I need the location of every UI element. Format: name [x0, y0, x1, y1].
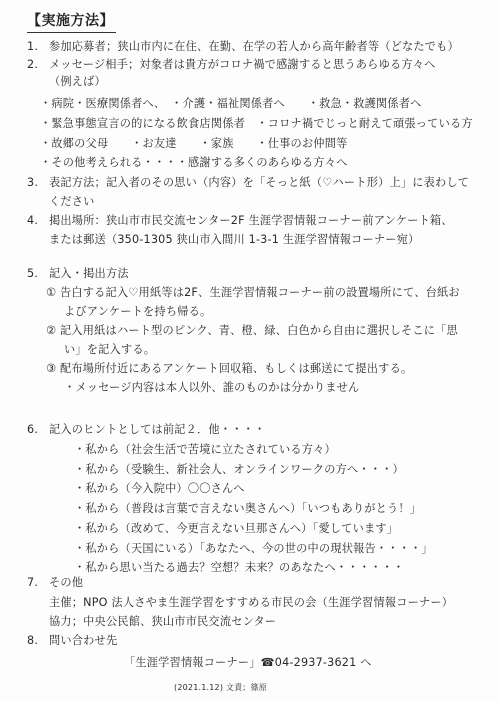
section-1: 1.参加応募者；狭山市内に在住、在勤、在学の若人から高年齢者等（どなたでも） — [27, 40, 459, 54]
list-item: ・私から（社会生活で苦境に立たされている方々） — [74, 443, 336, 457]
section-5: 5.記入・掲出方法 — [27, 267, 129, 281]
cooperation: 協力；中央公民館、狭山市市民交流センター — [49, 615, 276, 629]
section-5-item-3-note: ・メッセージ内容は本人以外、誰のものかは分かりません — [64, 381, 359, 395]
section-6: 6.記入のヒントとしては前記２．他・・・・ — [27, 423, 265, 437]
list-item: ・病院・医療関係者へ、 ・介護・福祉関係者へ ・救急・救護関係者へ — [40, 97, 422, 111]
list-item: ・私から思い当たる過去？空想？未来？のあなたへ・・・・・・ — [74, 561, 404, 575]
section-3-cont: ください — [49, 195, 95, 209]
footer-note: (2021.1.12) 文責；篠原 — [174, 681, 267, 695]
section-8: 8.問い合わせ先 — [27, 634, 117, 648]
list-item: ・私から（天国にいる）「あなたへ、今の世の中の現状報告・・・・」 — [74, 542, 433, 556]
list-item: ・その他考えられる・・・・感謝する多くのあらゆる方々へ — [40, 156, 347, 170]
section-2: 2.メッセージ相手；対象者は貴方がコロナ禍で感謝すると思うあらゆる方々へ — [27, 58, 436, 72]
section-3: 3.表記方法；記入者のその思い（内容）を「そっと紙（♡ハート形）上」に表わして — [27, 176, 469, 190]
section-2-sub: （例えば） — [49, 75, 106, 89]
section-5-item-1: ① 告白する記入♡用紙等は2F、生涯学習情報コーナー前の設置場所にて、台紙お — [46, 286, 460, 300]
list-item: ・私から（改めて、今更言えない旦那さんへ）「愛しています」 — [74, 522, 398, 536]
section-5-item-1-cont: よびアンケートを持ち帰る。 — [64, 305, 211, 319]
list-item: ・緊急事態宣言の的になる飲食店関係者 ・コロナ禍でじっと耐えて頑張っている方 — [40, 117, 473, 131]
organizer: 主催；NPO 法人さやま生涯学習をすすめる市民の会（生涯学習情報コーナー） — [49, 596, 453, 610]
section-5-item-2-cont: い」を記入する。 — [64, 343, 155, 357]
page-title: 【実施方法】 — [27, 10, 116, 33]
document-page: 【実施方法】 1.参加応募者；狭山市内に在住、在勤、在学の若人から高年齢者等（ど… — [0, 0, 500, 702]
list-item: ・私から（受験生、新社会人、オンラインワークの方へ・・・） — [74, 463, 404, 477]
list-item: ・私から（今入院中）〇〇さんへ — [74, 482, 245, 496]
section-5-item-3: ③ 配布場所付近にあるアンケート回収箱、もしくは郵送にて提出する。 — [46, 362, 412, 376]
section-5-item-2: ② 記入用紙はハート型のピンク、青、橙、緑、白色から自由に選択しそこに「思 — [46, 324, 458, 338]
section-7: 7.その他 — [27, 576, 83, 590]
section-4-cont: または郵送（350-1305 狭山市入間川 1-3-1 生涯学習情報コーナー宛） — [49, 233, 419, 247]
list-item: ・私から（普段は言葉で言えない奥さんへ）「いつもありがとう！」 — [74, 502, 421, 516]
section-4: 4.掲出場所：狭山市市民交流センター2F 生涯学習情報コーナー前アンケート箱、 — [27, 214, 453, 228]
list-item: ・故郷の父母 ・お友達 ・家族 ・仕事のお仲間等 — [40, 137, 347, 151]
contact-info: 「生涯学習情報コーナー」☎04-2937-3621 へ — [124, 656, 372, 670]
